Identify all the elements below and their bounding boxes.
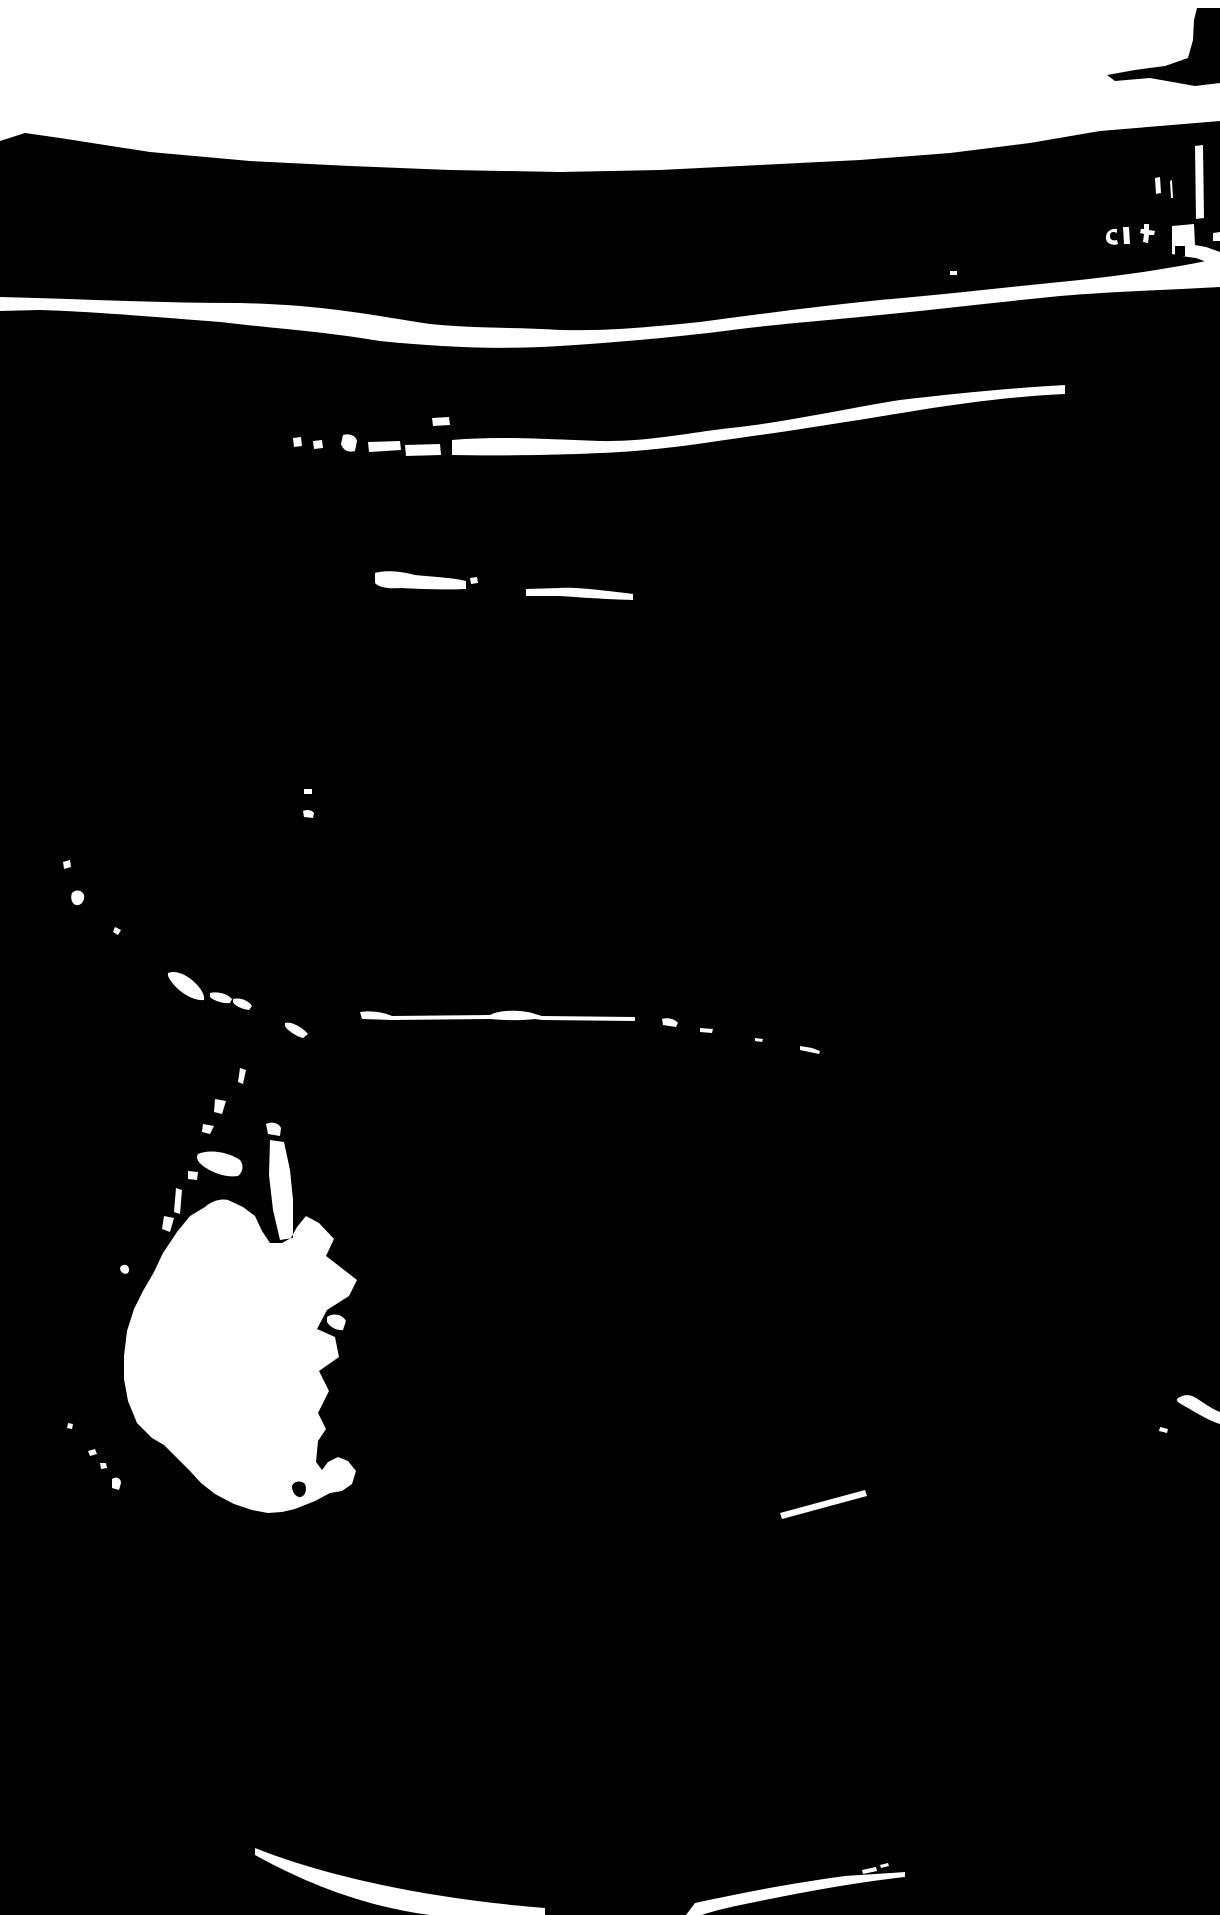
panel-blob-dark-notch: [1175, 246, 1185, 256]
screenshot-root: [0, 0, 1220, 1915]
binary-photo-canvas: [0, 0, 1220, 1915]
